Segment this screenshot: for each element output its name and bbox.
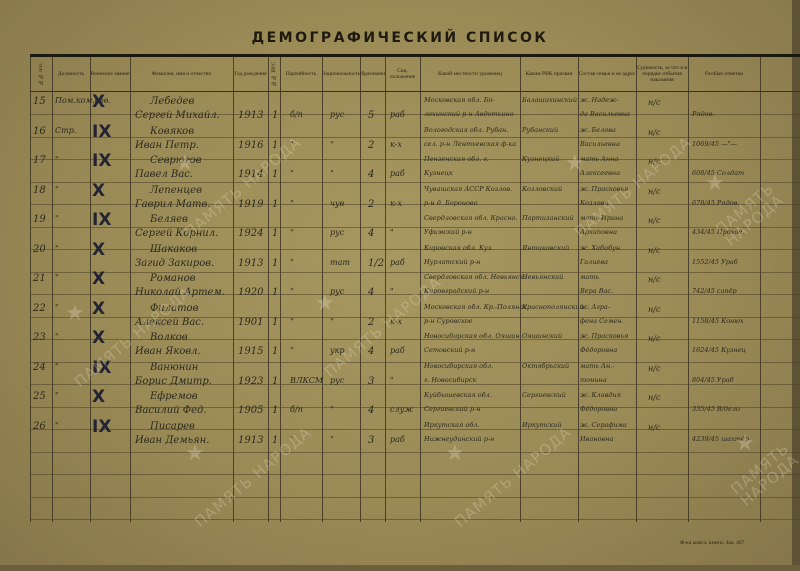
convictions: н/с [648,157,660,166]
rank-mark: X [92,240,105,260]
family-line-2: Архиповна [580,228,617,236]
special-notes: 4239/45 шахтёр [692,435,749,443]
birth-year: 1924 [238,228,263,239]
row-divider [30,137,800,138]
party: б/п [290,405,303,414]
origin-line-2: сел. р-н Лентьевская ф-ка [424,140,516,148]
position: " [55,303,59,312]
education: 4 [368,405,374,416]
row-divider [30,159,800,160]
header-divider [30,91,800,92]
party: " [290,228,294,237]
given-names: Иван Петр. [135,140,199,151]
party: " [290,199,294,208]
position: " [55,273,59,282]
social-status: раб [390,435,405,444]
vus: 1 [272,228,278,239]
rvk: Краснополянский [522,303,584,311]
education: 1/2 [368,258,384,269]
position: " [55,332,59,341]
birth-year: 1901 [238,317,263,328]
social-status: раб [390,169,405,178]
family-line-1: ж. Прасковья [580,185,628,193]
vus: 1 [272,317,278,328]
family-line-1: мать [580,273,599,281]
family-line-2: Ивановна [580,435,613,443]
row-number: 18 [33,185,46,196]
education: 2 [368,199,374,210]
special-notes: 804/45 Ураб [692,376,734,384]
nationality: " [330,405,334,414]
origin-line-1: Кировская обл. Куз. [424,244,493,252]
rvk: Рубанский [522,126,558,134]
family-line-1: мать Ирина [580,214,623,222]
social-status: служ [390,405,413,414]
special-notes: Рядов. [692,110,715,118]
birth-year: 1915 [238,346,263,357]
position: " [55,391,59,400]
special-notes: 1069/45 —"— [692,140,737,148]
origin-line-1: Новосибирская обл. [424,362,493,370]
origin-line-2: Сетовский р-н [424,346,475,354]
surname: Лебедев [150,96,194,107]
position: " [55,421,59,430]
origin-line-1: Свердловская обл. Невьянск. [424,273,526,281]
column-header-notes: Особые отметки [688,57,760,91]
column-header-convictions: Судимость, за что и в порядке отбытия на… [636,57,688,91]
row-divider [30,519,800,520]
rvk: Янтиковский [522,244,569,252]
nationality: рус [330,287,344,296]
rank-mark: IX [92,358,111,378]
social-status: раб [390,258,405,267]
education: 2 [368,317,374,328]
column-header-rank: Воинское звание [90,57,130,91]
family-line-1: ж. Агра- [580,303,610,311]
rvk: Партизанский [522,214,574,222]
social-status: к-х [390,317,402,326]
nationality: чув [330,199,344,208]
education: 4 [368,169,374,180]
print-footer: Ф-ка комсл. книги. Зак. 467 [680,540,744,546]
row-divider [30,497,800,498]
party: б/п [290,110,303,119]
row-number: 15 [33,96,46,107]
education: 4 [368,228,374,239]
origin-line-1: Пензенская обл. г. [424,155,489,163]
convictions: н/с [648,98,660,107]
rvk: Ояшинский [522,332,562,340]
surname: Беляев [150,214,188,225]
row-divider [30,429,800,430]
family-line-2: Вера Вас. [580,287,613,295]
position: " [55,244,59,253]
column-header-nationality: Национальность [322,57,360,91]
birth-year: 1905 [238,405,263,416]
origin-line-2: Кузнецк [424,169,453,177]
surname: Писарев [150,421,195,432]
origin-line-2: р-н д. Бороново [424,199,478,207]
education: 3 [368,435,374,446]
social-status: раб [390,346,405,355]
birth-year: 1916 [238,140,263,151]
party: " [290,346,294,355]
family-line-1: ж. Надеж- [580,96,619,104]
column-header-birth_year: Год рождения [233,57,268,91]
surname: Севрюгов [150,155,202,166]
rank-mark: X [92,387,105,407]
given-names: Гаврил Матв. [135,199,210,210]
origin-line-2: р-н Суровское [424,317,473,325]
rank-mark: X [92,328,105,348]
rank-mark: IX [92,210,111,230]
column-header-vus: №№ ВУС [268,57,280,91]
convictions: н/с [648,334,660,343]
party: " [290,140,294,149]
rank-mark: X [92,181,105,201]
row-number: 17 [33,155,46,166]
birth-year: 1913 [238,258,263,269]
page-edge [792,0,800,571]
birth-year: 1913 [238,435,263,446]
given-names: Загид Закиров. [135,258,214,269]
given-names: Павел Вас. [135,169,193,180]
convictions: н/с [648,128,660,137]
row-number: 22 [33,303,46,314]
row-number: 19 [33,214,46,225]
vus: 1 [272,435,278,446]
column-header-position: Должность [52,57,90,91]
birth-year: 1919 [238,199,263,210]
vus: 1 [272,199,278,210]
party: " [290,169,294,178]
column-header-social: Соц. положение [385,57,420,91]
party: ВЛКСМ [290,376,323,385]
surname: Ковяков [150,126,194,137]
origin-line-1: Куйбышевская обл. [424,391,492,399]
row-divider [30,182,800,183]
vus: 1 [272,110,278,121]
page-edge-bottom [0,565,800,571]
family-line-2: Фёдоровна [580,346,617,354]
party: " [290,287,294,296]
convictions: н/с [648,423,660,432]
rvk: Кузнецкий [522,155,559,163]
document-title: ДЕМОГРАФИЧЕСКИЙ СПИСОК [0,30,800,46]
social-status: к-х [390,199,402,208]
surname: Романов [150,273,195,284]
family-line-1: ж. Белова [580,126,616,134]
column-header-name: Фамилия, имя и отчество [130,57,233,91]
family-line-1: мать Ан.- [580,362,615,370]
special-notes: 1552/45 Ураб [692,258,738,266]
social-status: " [390,376,394,385]
row-divider [30,339,800,340]
birth-year: 1914 [238,169,263,180]
convictions: н/с [648,275,660,284]
rvk: Балашихинский [522,96,577,104]
education: 5 [368,110,374,121]
rank-mark: X [92,269,105,289]
party: " [290,258,294,267]
given-names: Иван Яковл. [135,346,201,357]
rvk: Козловский [522,185,562,193]
convictions: н/с [648,364,660,373]
rank-mark: X [92,92,105,112]
origin-line-2: лохинский р-н Авдотьино [424,110,514,118]
rvk: Октябрьский [522,362,569,370]
convictions: н/с [648,393,660,402]
vus: 1 [272,169,278,180]
birth-year: 1920 [238,287,263,298]
given-names: Алексей Вас. [135,317,204,328]
vus: 1 [272,140,278,151]
row-number: 24 [33,362,46,373]
special-notes: 1624/45 Кузнец [692,346,746,354]
nationality: рус [330,110,344,119]
origin-line-2: Нижнеудинский р-н [424,435,494,443]
special-notes: 608/45 Солдат [692,169,744,177]
column-header-family: Состав семьи и ее адрес [578,57,636,91]
given-names: Сергей Михайл. [135,110,220,121]
birth-year: 1923 [238,376,263,387]
surname: Ефремов [150,391,198,402]
given-names: Сергей Корнил. [135,228,218,239]
row-number: 23 [33,332,46,343]
social-status: " [390,287,394,296]
row-divider [30,452,800,453]
column-header-education: Образование [360,57,385,91]
birth-year: 1913 [238,110,263,121]
origin-line-1: Московская обл. Кр.-Полянск. [424,303,529,311]
education: 4 [368,346,374,357]
nationality: рус [330,228,344,237]
rank-mark: IX [92,122,111,142]
rvk: Иркутский [522,421,562,429]
family-line-2: Васильевна [580,140,620,148]
family-line-2: фена Семен. [580,317,624,325]
row-divider [30,249,800,250]
vus: 1 [272,287,278,298]
given-names: Василий Фед. [135,405,207,416]
origin-line-2: Уфимский р-н [424,228,472,236]
origin-line-1: Иркутская обл. [424,421,480,429]
row-number: 20 [33,244,46,255]
convictions: н/с [648,305,660,314]
given-names: Николай Артем. [135,287,225,298]
origin-line-1: Свердловская обл. Красно. [424,214,518,222]
row-number: 21 [33,273,46,284]
family-line-1: ж. Хабибун [580,244,620,252]
vus: 1 [272,346,278,357]
surname: Шакаков [150,244,197,255]
surname: Ванюнин [150,362,198,373]
origin-line-1: Московская обл. Бо- [424,96,495,104]
rank-mark: IX [92,417,111,437]
position: " [55,155,59,164]
origin-line-1: Чувашская АССР Козлов. [424,185,512,193]
vus: 1 [272,376,278,387]
surname: Филатов [150,303,198,314]
education: 3 [368,376,374,387]
family-line-1: ж. Прасковья [580,332,628,340]
row-divider [30,272,800,273]
position: " [55,185,59,194]
special-notes: 335/45 В/дело [692,405,740,413]
column-header-num: №№ п/п. [30,57,52,91]
education: 4 [368,287,374,298]
row-number: 25 [33,391,46,402]
convictions: н/с [648,216,660,225]
family-line-1: ж. Серафима [580,421,627,429]
row-divider [30,362,800,363]
position: Стр. [55,126,76,135]
nationality: рус [330,376,344,385]
family-line-1: мать Анна [580,155,618,163]
origin-line-2: Кировградский р-н [424,287,489,295]
origin-line-2: Нурлатский р-н [424,258,480,266]
surname: Волков [150,332,188,343]
education: 2 [368,140,374,151]
column-header-origin: Какой местности уроженец [420,57,520,91]
origin-line-2: Сергиевский р-н [424,405,481,413]
rank-mark: IX [92,151,111,171]
given-names: Борис Дмитр. [135,376,212,387]
family-line-2: Галиева [580,258,608,266]
social-status: " [390,228,394,237]
origin-line-1: Новосибирская обл. Ояшин. [424,332,522,340]
given-names: Иван Демьян. [135,435,209,446]
rvk: Сергиевский [522,391,566,399]
special-notes: 678/45 Рядов. [692,199,740,207]
special-notes: 1158/45 Конюх [692,317,744,325]
nationality: " [330,140,334,149]
nationality: " [330,169,334,178]
position: " [55,362,59,371]
social-status: к-х [390,140,402,149]
special-notes: 742/45 сапёр [692,287,737,295]
convictions: н/с [648,246,660,255]
origin-line-2: г. Новосибирск [424,376,476,384]
rvk: Невьянский [522,273,563,281]
social-status: раб [390,110,405,119]
column-header-rvk: Каким РВК призван [520,57,578,91]
nationality: " [330,435,334,444]
row-number: 16 [33,126,46,137]
special-notes: 434/45 Проход. [692,228,744,236]
family-line-2: тонина [580,376,607,384]
vus: 1 [272,405,278,416]
nationality: тат [330,258,350,267]
row-number: 26 [33,421,46,432]
party: " [290,317,294,326]
family-line-2: Козлова [580,199,608,207]
family-line-2: да Васильевна [580,110,630,118]
family-line-2: Фёдоровна [580,405,617,413]
row-divider [30,474,800,475]
convictions: н/с [648,187,660,196]
family-line-2: Алексеевна [580,169,620,177]
vus: 1 [272,258,278,269]
family-line-1: ж. Клавдия [580,391,621,399]
party: " [290,435,294,444]
nationality: укр [330,346,345,355]
origin-line-1: Вологодская обл. Рубан. [424,126,508,134]
rank-mark: X [92,299,105,319]
position: " [55,214,59,223]
column-header-party: Партийность [280,57,322,91]
nationality: " [330,317,334,326]
surname: Лепенцев [150,185,202,196]
